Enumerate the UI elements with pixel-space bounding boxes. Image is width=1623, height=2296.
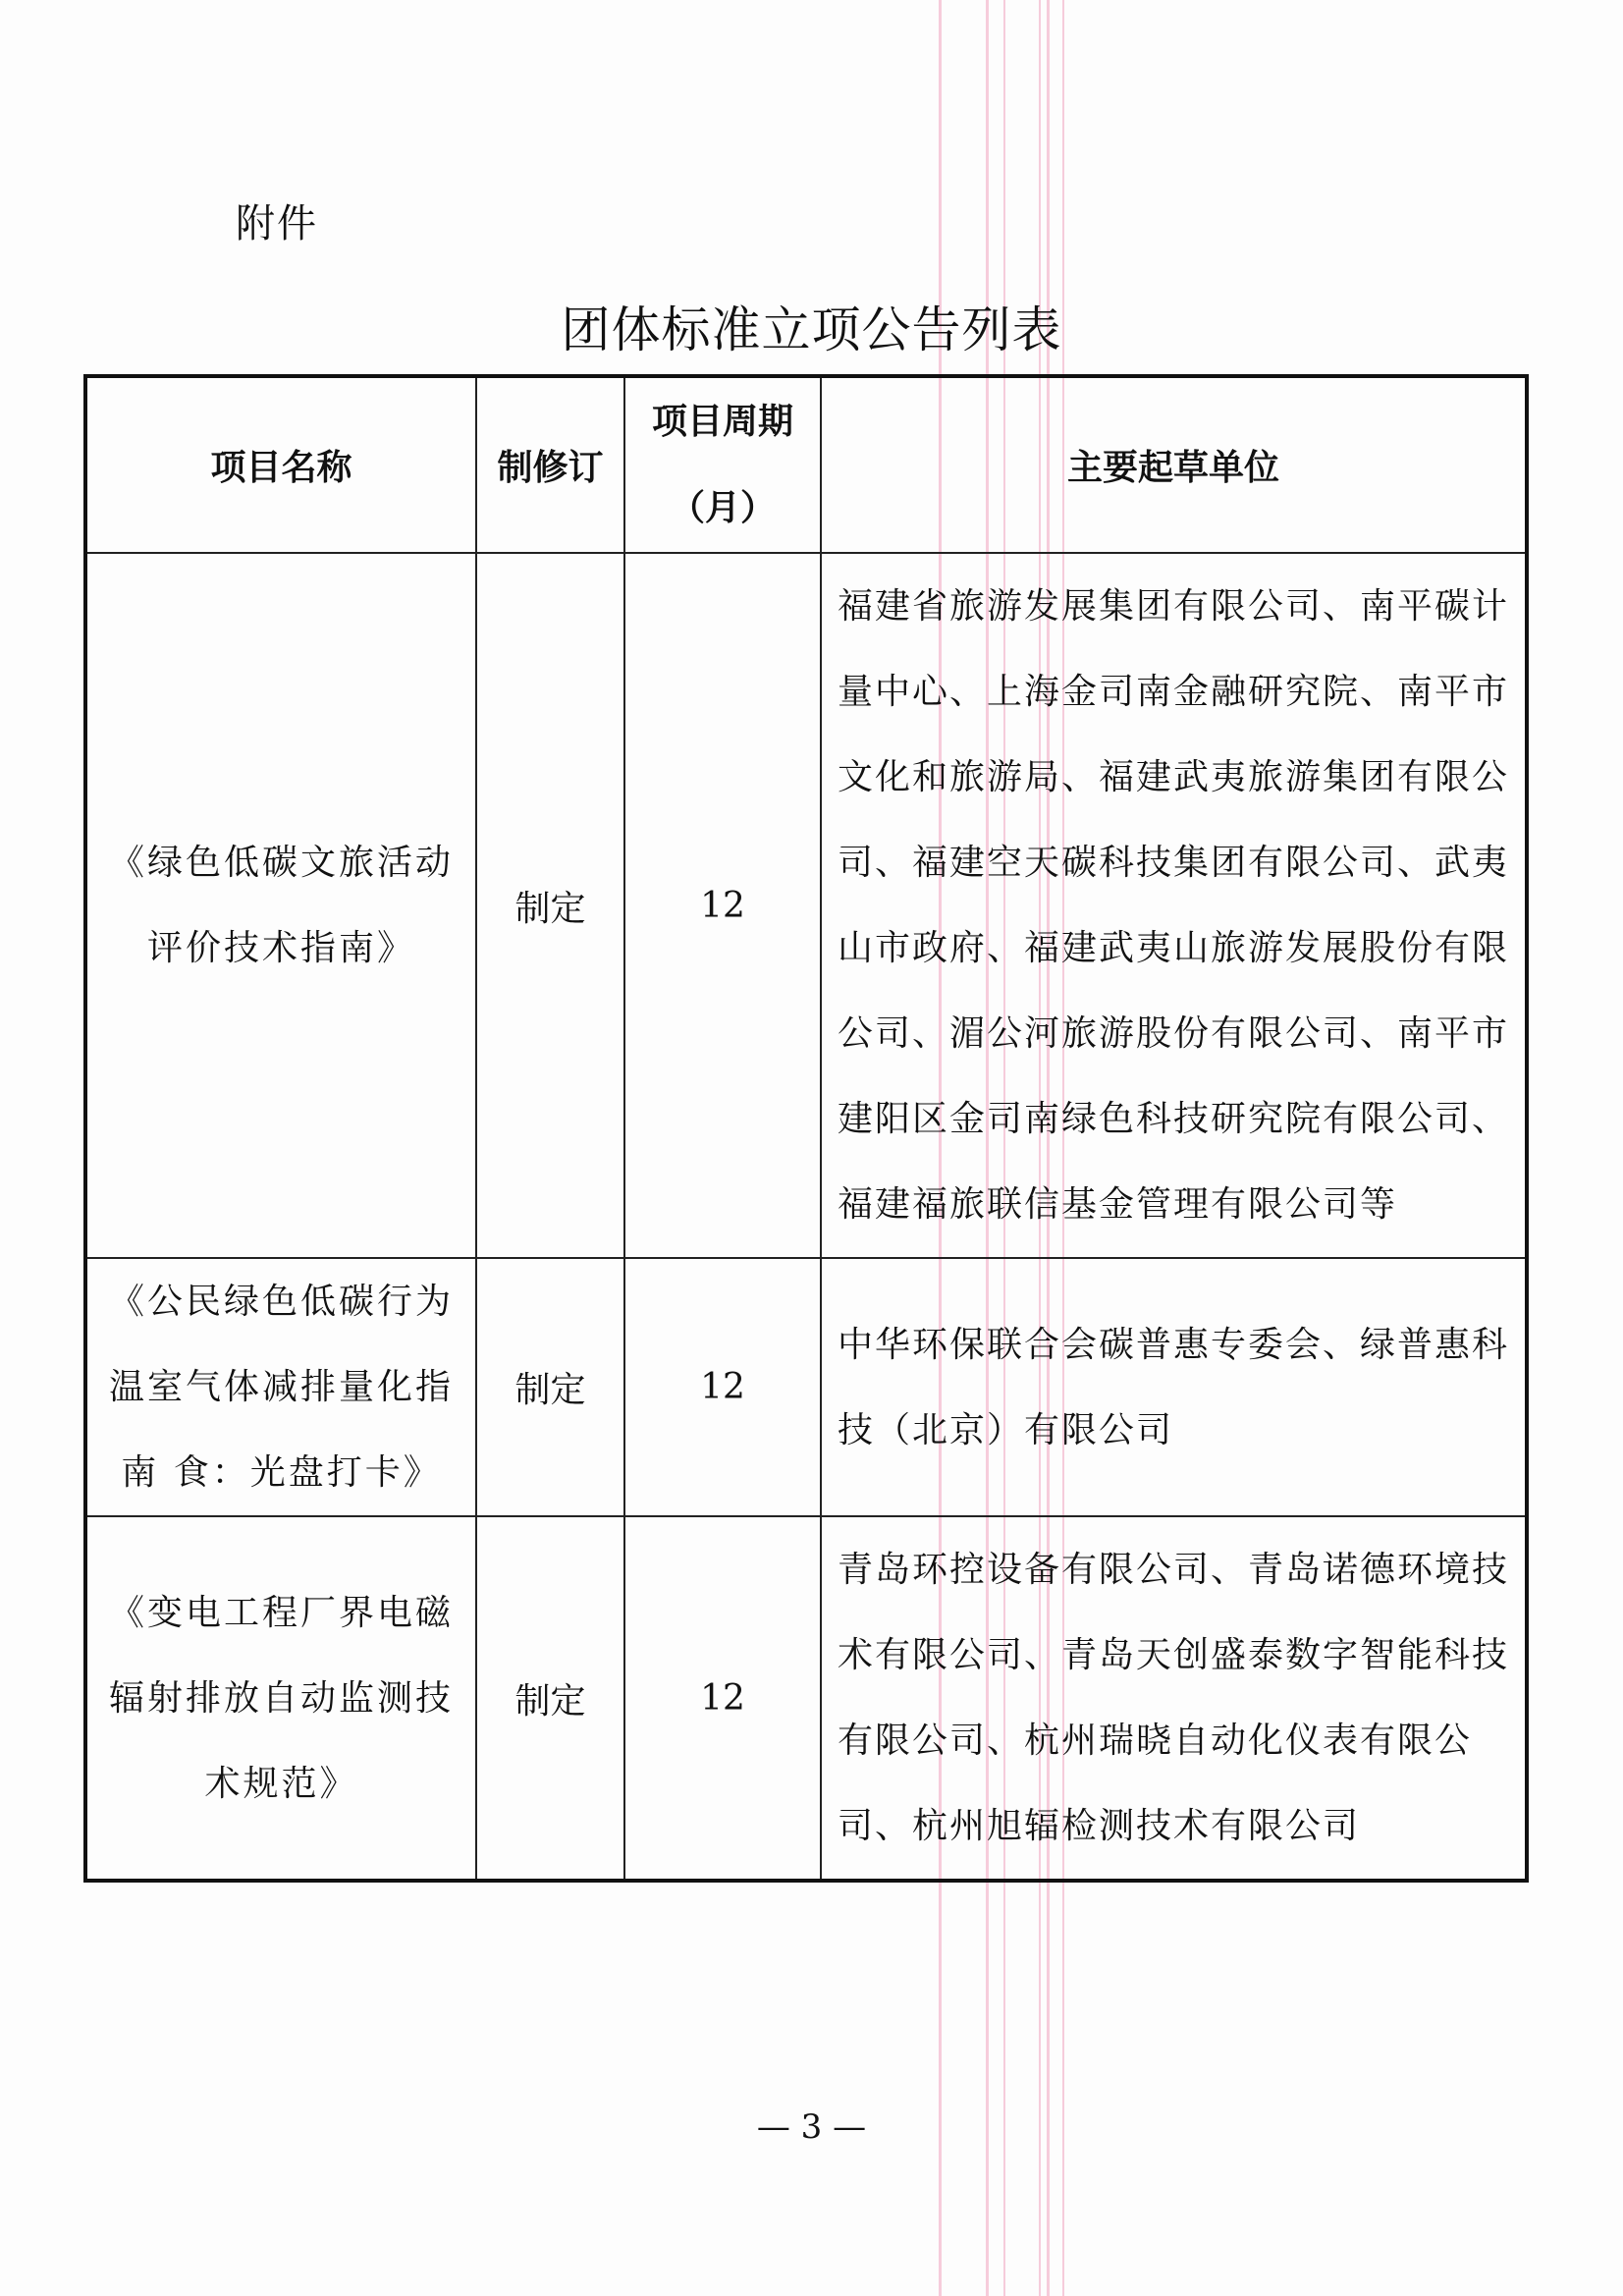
drafting-units: 青岛环控设备有限公司、青岛诺德环境技术有限公司、青岛天创盛泰数字智能科技有限公司…: [821, 1516, 1527, 1881]
header-period-line1: 项目周期: [625, 379, 820, 465]
table-row: 《变电工程厂界电磁辐射排放自动监测技术规范》 制定 12 青岛环控设备有限公司、…: [85, 1516, 1527, 1881]
attachment-label: 附件: [236, 192, 318, 248]
table-header-row: 项目名称 制修订 项目周期 （月） 主要起草单位: [85, 376, 1527, 553]
project-period: 12: [624, 1516, 821, 1881]
page-number: — 3 —: [0, 2107, 1623, 2147]
header-period-line2: （月）: [625, 465, 820, 552]
header-period: 项目周期 （月）: [624, 376, 821, 553]
table-row: 《绿色低碳文旅活动评价技术指南》 制定 12 福建省旅游发展集团有限公司、南平碳…: [85, 553, 1527, 1258]
project-name: 《公民绿色低碳行为温室气体减排量化指南 食：光盘打卡》: [85, 1258, 476, 1516]
project-period: 12: [624, 553, 821, 1258]
header-units: 主要起草单位: [821, 376, 1527, 553]
project-name: 《变电工程厂界电磁辐射排放自动监测技术规范》: [85, 1516, 476, 1881]
header-name: 项目名称: [85, 376, 476, 553]
project-name: 《绿色低碳文旅活动评价技术指南》: [85, 553, 476, 1258]
drafting-units: 福建省旅游发展集团有限公司、南平碳计量中心、上海金司南金融研究院、南平市文化和旅…: [821, 553, 1527, 1258]
table-row: 《公民绿色低碳行为温室气体减排量化指南 食：光盘打卡》 制定 12 中华环保联合…: [85, 1258, 1527, 1516]
page-title: 团体标准立项公告列表: [0, 291, 1623, 361]
revision-type: 制定: [476, 553, 624, 1258]
revision-type: 制定: [476, 1516, 624, 1881]
revision-type: 制定: [476, 1258, 624, 1516]
drafting-units: 中华环保联合会碳普惠专委会、绿普惠科技（北京）有限公司: [821, 1258, 1527, 1516]
header-type: 制修订: [476, 376, 624, 553]
project-period: 12: [624, 1258, 821, 1516]
standards-table: 项目名称 制修订 项目周期 （月） 主要起草单位 《绿色低碳文旅活动评价技术指南…: [83, 374, 1529, 1883]
